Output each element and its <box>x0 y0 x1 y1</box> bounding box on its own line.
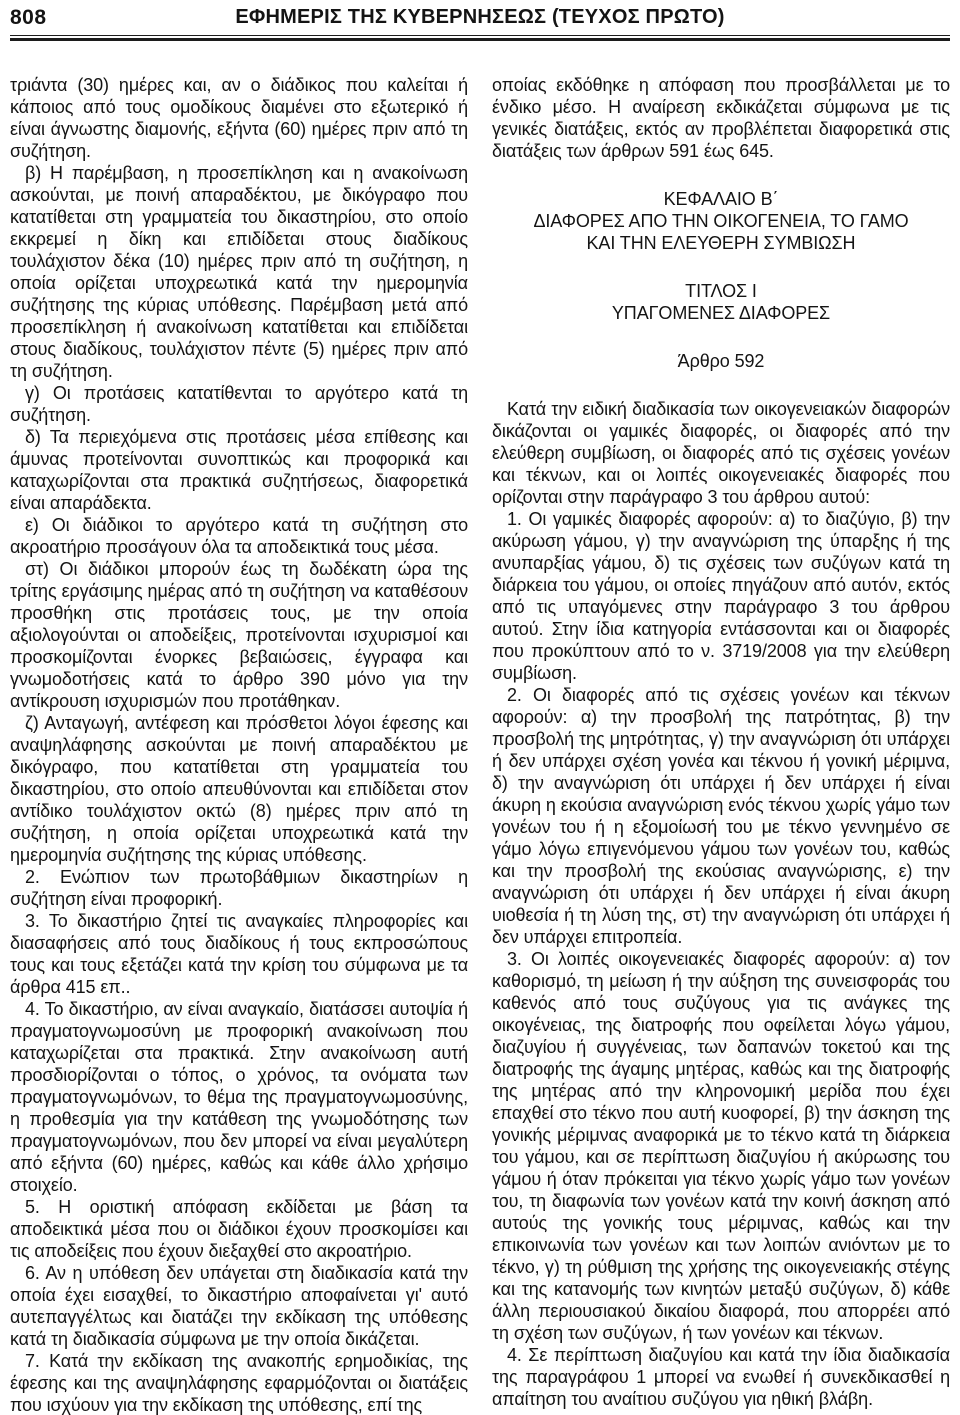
heading-line: ΤΙΤΛΟΣ Ι <box>492 280 950 302</box>
page-title: ΕΦΗΜΕΡΙΣ ΤΗΣ ΚΥΒΕΡΝΗΣΕΩΣ (ΤΕΥΧΟΣ ΠΡΩΤΟ) <box>10 6 950 29</box>
heading-line: ΚΑΙ ΤΗΝ ΕΛΕΥΘΕΡΗ ΣΥΜΒΙΩΣΗ <box>492 232 950 254</box>
paragraph: δ) Τα περιεχόμενα στις προτάσεις μέσα επ… <box>10 426 468 514</box>
paragraph: 7. Κατά την εκδίκαση της ανακοπής ερημοδ… <box>10 1350 468 1415</box>
left-column: τριάντα (30) ημέρες και, αν ο διάδικος π… <box>10 74 468 1415</box>
paragraph: 2. Ενώπιον των πρωτοβάθμιων δικαστηρίων … <box>10 866 468 910</box>
paragraph: τριάντα (30) ημέρες και, αν ο διάδικος π… <box>10 74 468 162</box>
paragraph: 1. Οι γαμικές διαφορές αφορούν: α) το δι… <box>492 508 950 684</box>
header-rule <box>10 35 950 41</box>
paragraph: 4. Σε περίπτωση διαζυγίου και κατά την ί… <box>492 1344 950 1410</box>
paragraph: Κατά την ειδική διαδικασία των οικογενει… <box>492 398 950 508</box>
section-heading: ΤΙΤΛΟΣ ΙΥΠΑΓΟΜΕΝΕΣ ΔΙΑΦΟΡΕΣ <box>492 280 950 324</box>
paragraph: 5. Η οριστική απόφαση εκδίδεται με βάση … <box>10 1196 468 1262</box>
paragraph: ζ) Ανταγωγή, αντέφεση και πρόσθετοι λόγο… <box>10 712 468 866</box>
right-column: οποίας εκδόθηκε η απόφαση που προσβάλλετ… <box>492 74 950 1415</box>
section-heading: Άρθρο 592 <box>492 350 950 372</box>
paragraph: ε) Οι διάδικοι το αργότερο κατά τη συζήτ… <box>10 514 468 558</box>
paragraph: 6. Αν η υπόθεση δεν υπάγεται στη διαδικα… <box>10 1262 468 1350</box>
section-heading: ΚΕΦΑΛΑΙΟ Β΄ΔΙΑΦΟΡΕΣ ΑΠΟ ΤΗΝ ΟΙΚΟΓΕΝΕΙΑ, … <box>492 188 950 254</box>
heading-line: ΥΠΑΓΟΜΕΝΕΣ ΔΙΑΦΟΡΕΣ <box>492 302 950 324</box>
heading-line: Άρθρο 592 <box>492 350 950 372</box>
paragraph: 4. Το δικαστήριο, αν είναι αναγκαίο, δια… <box>10 998 468 1196</box>
paragraph: οποίας εκδόθηκε η απόφαση που προσβάλλετ… <box>492 74 950 162</box>
heading-line: ΔΙΑΦΟΡΕΣ ΑΠΟ ΤΗΝ ΟΙΚΟΓΕΝΕΙΑ, ΤΟ ΓΑΜΟ <box>492 210 950 232</box>
paragraph: γ) Οι προτάσεις κατατίθενται το αργότερο… <box>10 382 468 426</box>
page-number: 808 <box>10 6 47 30</box>
text-columns: τριάντα (30) ημέρες και, αν ο διάδικος π… <box>10 74 950 1415</box>
paragraph: 3. Οι λοιπές οικογενειακές διαφορές αφορ… <box>492 948 950 1344</box>
heading-line: ΚΕΦΑΛΑΙΟ Β΄ <box>492 188 950 210</box>
page-header: 808 ΕΦΗΜΕΡΙΣ ΤΗΣ ΚΥΒΕΡΝΗΣΕΩΣ (ΤΕΥΧΟΣ ΠΡΩ… <box>10 6 950 32</box>
paragraph: 3. Το δικαστήριο ζητεί τις αναγκαίες πλη… <box>10 910 468 998</box>
gazette-page: 808 ΕΦΗΜΕΡΙΣ ΤΗΣ ΚΥΒΕΡΝΗΣΕΩΣ (ΤΕΥΧΟΣ ΠΡΩ… <box>0 0 960 1415</box>
paragraph: στ) Οι διάδικοι μπορούν έως τη δωδέκατη … <box>10 558 468 712</box>
paragraph: 2. Οι διαφορές από τις σχέσεις γονέων κα… <box>492 684 950 948</box>
paragraph: β) Η παρέμβαση, η προσεπίκληση και η ανα… <box>10 162 468 382</box>
